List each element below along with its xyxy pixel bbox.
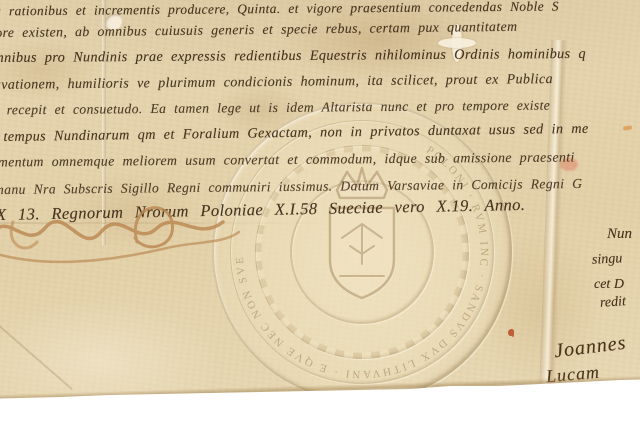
flourish-stroke-3 (135, 208, 173, 247)
royal-signature-flourish (0, 192, 255, 270)
manuscript-line-1: ta rationibus et incrementis producere, … (0, 0, 559, 19)
orange-mark (623, 125, 632, 130)
manuscript-line-3: omnibus pro Nundinis prae expressis redi… (0, 46, 586, 67)
crease-bottom-left (0, 324, 73, 390)
manuscript-line-4: ravationem, humilioris ve plurimum condi… (0, 72, 553, 94)
flourish-stroke-2 (0, 232, 239, 262)
red-ink-fleck (508, 329, 514, 336)
marginal-fragment-4: redit (599, 294, 626, 312)
photograph-of-parchment-charter: POLONI · RVM INC · SANDVS DVX LITHVANI ·… (0, 0, 640, 427)
marginal-fragment-1: Nun (607, 226, 632, 243)
royal-embossed-seal: POLONI · RVM INC · SANDVS DVX LITHVANI ·… (212, 102, 512, 402)
flourish-stroke-1 (0, 222, 223, 239)
secretary-signature: Joannes (553, 332, 628, 364)
parchment-sheet: POLONI · RVM INC · SANDVS DVX LITHVANI ·… (0, 0, 640, 420)
secretary-signature-second-line: Lucam (545, 362, 601, 388)
marginal-fragment-2: singu (592, 251, 623, 269)
marginal-fragment-3: cet D (594, 277, 624, 293)
